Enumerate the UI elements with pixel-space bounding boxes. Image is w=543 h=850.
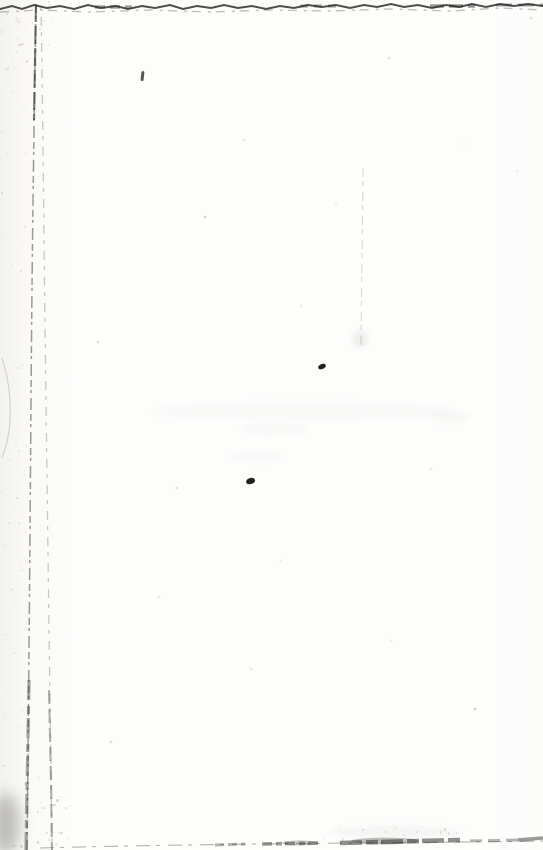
paper-grain-dot: [9, 552, 10, 553]
paper-grain-dot: [40, 807, 42, 809]
paper-grain-dot: [70, 805, 71, 806]
paper-grain-dot: [21, 43, 23, 45]
center-crease-line: [361, 168, 363, 345]
paper-grain-dot: [20, 270, 21, 271]
paper-grain-dot: [11, 589, 13, 591]
paper-grain-dot: [25, 790, 27, 792]
paper-grain-dot: [5, 600, 6, 601]
paper-grain-dot: [25, 797, 26, 798]
paper-grain-dot: [65, 807, 67, 809]
paper-grain-dot: [2, 452, 3, 453]
paper-grain-dot: [49, 11, 50, 12]
paper-grain-dot: [48, 44, 49, 45]
paper-grain-dot: [323, 837, 325, 839]
paper-grain-dot: [20, 223, 21, 224]
left-gutter-line-2-bottom: [49, 690, 52, 850]
paper-grain-dot: [12, 58, 14, 60]
left-margin-arc: [2, 358, 10, 458]
paper-grain-dot: [403, 834, 405, 836]
paper-grain-dot: [3, 788, 4, 789]
paper-grain-dot: [20, 845, 23, 848]
paper-grain-dot: [453, 835, 455, 837]
paper-grain-dot: [381, 840, 382, 841]
paper-grain-dot: [37, 811, 39, 813]
paper-grain-dot: [48, 839, 50, 841]
paper-grain-dot: [60, 832, 62, 834]
paper-grain-dot: [344, 844, 345, 845]
paper-grain-dot: [2, 22, 3, 23]
paper-grain-dot: [9, 459, 10, 460]
paper-grain-dot: [21, 709, 23, 711]
paper-grain-dot: [390, 840, 392, 842]
paper-grain-dot: [18, 752, 19, 753]
paper-grain-dot: [23, 61, 25, 63]
paper-grain-dot: [1, 192, 2, 193]
bottom-edge-clump-4: [470, 840, 520, 841]
paper-grain-dot: [22, 364, 24, 366]
paper-grain-dot: [19, 22, 21, 24]
paper-grain-dot: [53, 804, 56, 807]
paper-grain-dot: [56, 799, 59, 802]
left-gutter-line-2: [41, 6, 52, 850]
paper-grain-dot: [427, 842, 429, 844]
paper-grain-dot: [53, 832, 54, 833]
paper-grain-dot: [6, 153, 8, 155]
paper-grain-dot: [13, 355, 14, 356]
paper-grain-dot: [48, 8, 50, 10]
paper-grain-dot: [20, 819, 22, 821]
paper-grain-dot: [24, 783, 26, 785]
scan-edge-artifacts: [0, 0, 543, 850]
paper-grain-dot: [18, 111, 19, 112]
paper-grain-dot: [6, 79, 7, 80]
paper-grain-dot: [375, 827, 377, 829]
paper-grain-dot: [26, 60, 28, 62]
paper-grain-dot: [19, 560, 20, 561]
paper-grain-dot: [369, 837, 370, 838]
paper-grain-dot: [9, 38, 11, 40]
paper-grain-dot: [18, 44, 20, 46]
paper-grain-dot: [20, 798, 21, 799]
paper-grain-dot: [2, 237, 3, 238]
bottom-edge-clump-5: [518, 838, 543, 840]
paper-grain-dot: [18, 522, 20, 524]
paper-grain-dot: [5, 69, 6, 70]
paper-grain-dot: [5, 634, 7, 636]
scanned-page: [0, 0, 543, 850]
paper-grain-dot: [394, 826, 396, 828]
paper-grain-dot: [448, 832, 450, 834]
paper-grain-dot: [40, 801, 43, 804]
bottom-edge-blot-2: [282, 840, 318, 845]
paper-grain-dot: [392, 830, 393, 831]
paper-grain-dot: [385, 831, 386, 832]
paper-grain-dot: [32, 22, 33, 23]
paper-grain-dot: [18, 27, 19, 28]
paper-grain-dot: [22, 569, 24, 571]
paper-grain-dot: [454, 842, 456, 844]
paper-grain-dot: [38, 777, 40, 779]
paper-grain-dot: [24, 226, 26, 228]
paper-grain-dot: [9, 535, 10, 536]
paper-grain-dot: [14, 68, 15, 69]
paper-grain-dot: [23, 106, 25, 108]
paper-grain-dot: [12, 239, 14, 241]
paper-grain-dot: [12, 847, 13, 848]
paper-grain-dot: [55, 843, 57, 845]
paper-grain-dot: [14, 845, 15, 846]
left-gutter-line-top-dark: [34, 4, 36, 120]
paper-grain-dot: [20, 586, 22, 588]
paper-grain-dot: [24, 153, 26, 155]
paper-grain-dot: [58, 796, 59, 797]
paper-grain-dot: [18, 571, 19, 572]
paper-grain-dot: [33, 808, 34, 809]
paper-grain-dot: [1, 31, 2, 32]
paper-grain-dot: [440, 831, 442, 833]
paper-grain-dot: [11, 844, 14, 847]
paper-grain-dot: [3, 765, 5, 767]
paper-grain-dot: [15, 17, 17, 19]
